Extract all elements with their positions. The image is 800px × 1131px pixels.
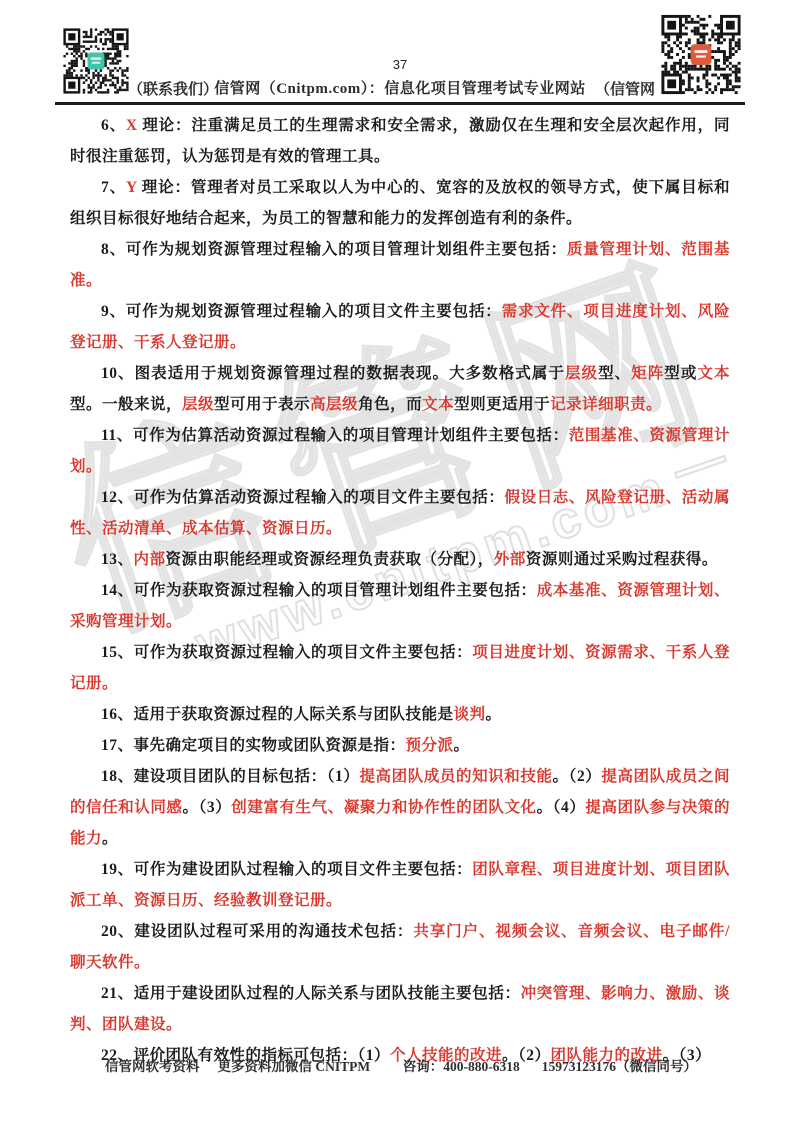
note-segment: 7、 bbox=[101, 179, 126, 196]
note-segment: 创建富有生气、凝聚力和协作性的团队文化 bbox=[231, 799, 536, 816]
note-segment: 型则更适用于 bbox=[454, 396, 550, 413]
note-segment: 20、建设团队过程可采用的沟通技术包括： bbox=[101, 923, 413, 940]
note-segment: 资源由职能经理或资源经理负责获取（分配）， bbox=[166, 551, 494, 568]
note-item: 9、可作为规划资源管理过程输入的项目文件主要包括：需求文件、项目进度计划、风险登… bbox=[70, 296, 730, 358]
page-header: （联系我们） （信管网 AP 37 信管网（Cnitpm.com）：信息化项目管… bbox=[0, 0, 800, 110]
note-item: 19、可作为建设团队过程输入的项目文件主要包括：团队章程、项目进度计划、项目团队… bbox=[70, 854, 730, 916]
note-segment: 型或 bbox=[664, 365, 697, 382]
note-item: 16、适用于获取资源过程的人际关系与团队技能是谈判。 bbox=[70, 699, 730, 730]
footer-left: 信管网软考资料 更多资料加微信 CNITPM bbox=[105, 1055, 370, 1075]
note-segment: 13、 bbox=[101, 551, 134, 568]
note-segment: 型可用于表示 bbox=[214, 396, 310, 413]
note-segment: 记录详细职责。 bbox=[550, 396, 662, 413]
note-segment: 19、可作为建设团队过程输入的项目文件主要包括： bbox=[101, 861, 472, 878]
note-segment: 8、可作为规划资源管理过程输入的项目管理计划组件主要包括： bbox=[101, 241, 567, 258]
footer-wechat: 更多资料加微信 CNITPM bbox=[218, 1055, 371, 1075]
footer-consult: 咨询：400-880-6318 bbox=[403, 1055, 520, 1075]
note-segment: 角色，而 bbox=[358, 396, 422, 413]
note-segment: 16、适用于获取资源过程的人际关系与团队技能是 bbox=[101, 706, 454, 723]
note-segment: 。（2） bbox=[553, 768, 602, 785]
note-item: 6、X 理论：注重满足员工的生理需求和安全需求，激励仅在生理和安全层次起作用，同… bbox=[70, 110, 730, 172]
note-item: 7、Y 理论：管理者对员工采取以人为中心的、宽容的及放权的领导方式，使下属目标和… bbox=[70, 172, 730, 234]
note-segment: 12、可作为估算活动资源过程输入的项目文件主要包括： bbox=[101, 489, 504, 506]
note-segment: Y bbox=[126, 179, 137, 196]
note-item: 13、内部资源由职能经理或资源经理负责获取（分配），外部资源则通过采购过程获得。 bbox=[70, 544, 730, 575]
note-item: 17、事先确定项目的实物或团队资源是指：预分派。 bbox=[70, 730, 730, 761]
note-segment: 15、可作为获取资源过程输入的项目文件主要包括： bbox=[101, 644, 472, 661]
note-segment: 型。一般来说， bbox=[70, 396, 182, 413]
site-title: 信管网（Cnitpm.com）：信息化项目管理考试专业网站 bbox=[0, 77, 800, 98]
note-segment: 型、 bbox=[598, 365, 631, 382]
note-segment: X bbox=[126, 117, 138, 134]
note-segment: 高层级 bbox=[310, 396, 358, 413]
footer-phone: 15973123176（微信同号） bbox=[542, 1055, 697, 1075]
note-segment: 。 bbox=[102, 830, 118, 847]
note-segment: 文本 bbox=[422, 396, 454, 413]
note-segment: 层级 bbox=[182, 396, 214, 413]
note-segment: 层级 bbox=[565, 365, 598, 382]
note-segment: 文本 bbox=[697, 365, 730, 382]
note-item: 14、可作为获取资源过程输入的项目管理计划组件主要包括：成本基准、资源管理计划、… bbox=[70, 575, 730, 637]
note-segment: 18、建设项目团队的目标包括：（1） bbox=[101, 768, 359, 785]
note-item: 18、建设项目团队的目标包括：（1）提高团队成员的知识和技能。（2）提高团队成员… bbox=[70, 761, 730, 854]
note-segment: 。（3） bbox=[183, 799, 232, 816]
note-segment: 理论：管理者对员工采取以人为中心的、宽容的及放权的领导方式，使下属目标和组织目标… bbox=[70, 179, 730, 227]
study-notes: 6、X 理论：注重满足员工的生理需求和安全需求，激励仅在生理和安全层次起作用，同… bbox=[70, 110, 730, 1071]
note-segment: 提高团队成员的知识和技能 bbox=[359, 768, 552, 785]
footer-right: 咨询：400-880-6318 15973123176（微信同号） bbox=[403, 1055, 697, 1075]
note-item: 8、可作为规划资源管理过程输入的项目管理计划组件主要包括：质量管理计划、范围基准… bbox=[70, 234, 730, 296]
note-segment: 17、事先确定项目的实物或团队资源是指： bbox=[101, 737, 406, 754]
note-item: 21、适用于建设团队过程的人际关系与团队技能主要包括：冲突管理、影响力、激励、谈… bbox=[70, 978, 730, 1040]
note-item: 11、可作为估算活动资源过程输入的项目管理计划组件主要包括：范围基准、资源管理计… bbox=[70, 420, 730, 482]
note-item: 12、可作为估算活动资源过程输入的项目文件主要包括：假设日志、风险登记册、活动属… bbox=[70, 482, 730, 544]
note-segment: 6、 bbox=[101, 117, 126, 134]
note-segment: 内部 bbox=[134, 551, 166, 568]
note-segment: 10、图表适用于规划资源管理过程的数据表现。大多数格式属于 bbox=[101, 365, 565, 382]
note-item: 15、可作为获取资源过程输入的项目文件主要包括：项目进度计划、资源需求、干系人登… bbox=[70, 637, 730, 699]
note-segment: 预分派 bbox=[406, 737, 454, 754]
note-segment: 。 bbox=[486, 706, 502, 723]
note-segment: 21、适用于建设团队过程的人际关系与团队技能主要包括： bbox=[101, 985, 521, 1002]
note-segment: 。（4） bbox=[537, 799, 586, 816]
page-footer: 信管网软考资料 更多资料加微信 CNITPM 咨询：400-880-6318 1… bbox=[105, 1055, 697, 1075]
note-segment: 。 bbox=[454, 737, 470, 754]
note-segment: 14、可作为获取资源过程输入的项目管理计划组件主要包括： bbox=[101, 582, 537, 599]
note-segment: 外部 bbox=[494, 551, 526, 568]
note-segment: 谈判 bbox=[454, 706, 486, 723]
note-segment: 理论：注重满足员工的生理需求和安全需求，激励仅在生理和安全层次起作用，同时很注重… bbox=[70, 117, 730, 165]
note-item: 20、建设团队过程可采用的沟通技术包括：共享门户、视频会议、音频会议、电子邮件/… bbox=[70, 916, 730, 978]
note-segment: 矩阵 bbox=[631, 365, 664, 382]
note-segment: 11、可作为估算活动资源过程输入的项目管理计划组件主要包括： bbox=[101, 427, 569, 444]
note-segment: 资源则通过采购过程获得。 bbox=[526, 551, 718, 568]
footer-brand: 信管网软考资料 bbox=[105, 1055, 200, 1075]
header-divider bbox=[55, 102, 745, 105]
note-item: 10、图表适用于规划资源管理过程的数据表现。大多数格式属于层级型、矩阵型或文本型… bbox=[70, 358, 730, 420]
page-number: 37 bbox=[0, 57, 800, 72]
note-segment: 9、可作为规划资源管理过程输入的项目文件主要包括： bbox=[101, 303, 502, 320]
